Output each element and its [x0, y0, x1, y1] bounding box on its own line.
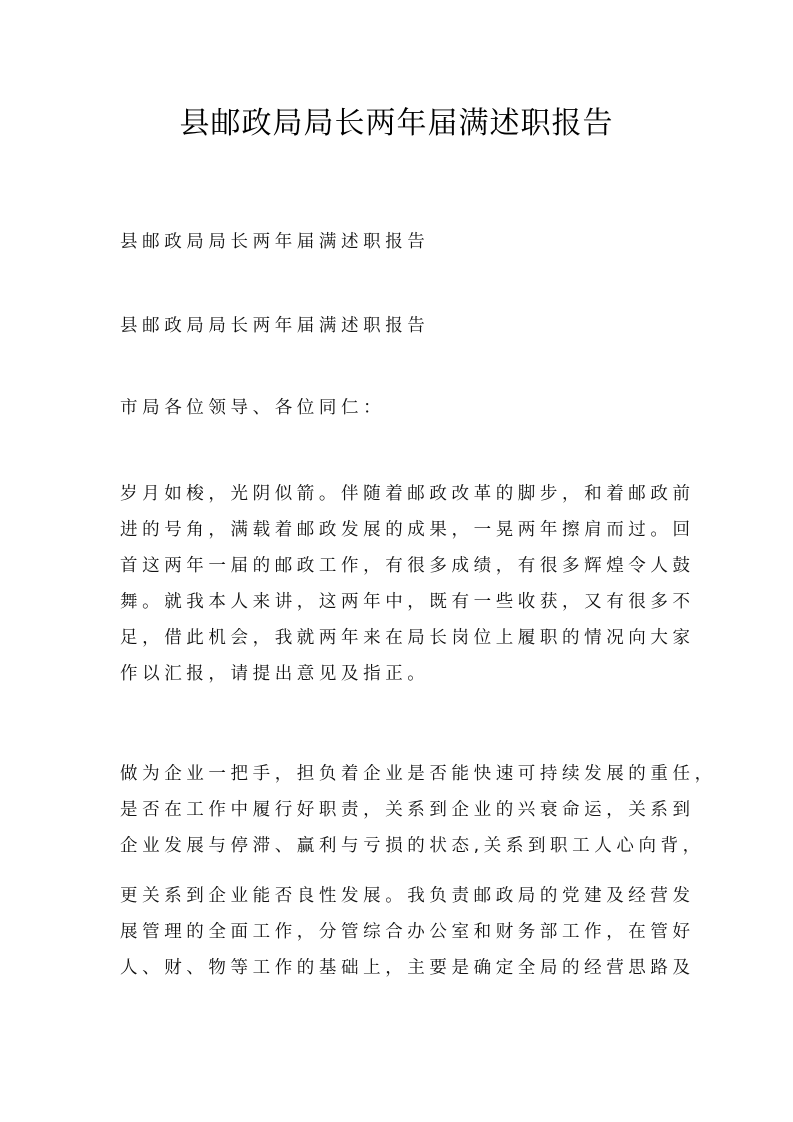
subtitle-line: 县邮政局局长两年届满述职报告 — [120, 316, 680, 336]
paragraph-line: 岁月如梭，光阴似箭。伴随着邮政改革的脚步，和着邮政前 — [120, 484, 680, 504]
paragraph-line: 展管理的全面工作，分管综合办公室和财务部工作，在管好 — [120, 922, 680, 942]
document-title: 县邮政局局长两年届满述职报告 — [0, 98, 793, 142]
paragraph-line: 进的号角，满载着邮政发展的成果，一晃两年擦肩而过。回 — [120, 520, 680, 540]
paragraph-line: 企业发展与停滞、赢利与亏损的状态,关系到职工人心向背， — [120, 836, 680, 856]
paragraph-line: 做为企业一把手，担负着企业是否能快速可持续发展的重任， — [120, 764, 680, 784]
paragraph-line: 是否在工作中履行好职责，关系到企业的兴衰命运，关系到 — [120, 800, 680, 820]
paragraph-line: 首这两年一届的邮政工作，有很多成绩，有很多辉煌令人鼓 — [120, 556, 680, 576]
paragraph-line: 人、财、物等工作的基础上，主要是确定全局的经营思路及 — [120, 958, 680, 978]
paragraph-line: 舞。就我本人来讲，这两年中，既有一些收获，又有很多不 — [120, 592, 680, 612]
document-page: 县邮政局局长两年届满述职报告 县邮政局局长两年届满述职报告 县邮政局局长两年届满… — [0, 0, 793, 1122]
paragraph-line: 更关系到企业能否良性发展。我负责邮政局的党建及经营发 — [120, 886, 680, 906]
paragraph-line: 足，借此机会，我就两年来在局长岗位上履职的情况向大家 — [120, 628, 680, 648]
salutation: 市局各位领导、各位同仁： — [120, 398, 680, 418]
paragraph-line: 作以汇报，请提出意见及指正。 — [120, 664, 680, 684]
subtitle-line: 县邮政局局长两年届满述职报告 — [120, 232, 680, 252]
